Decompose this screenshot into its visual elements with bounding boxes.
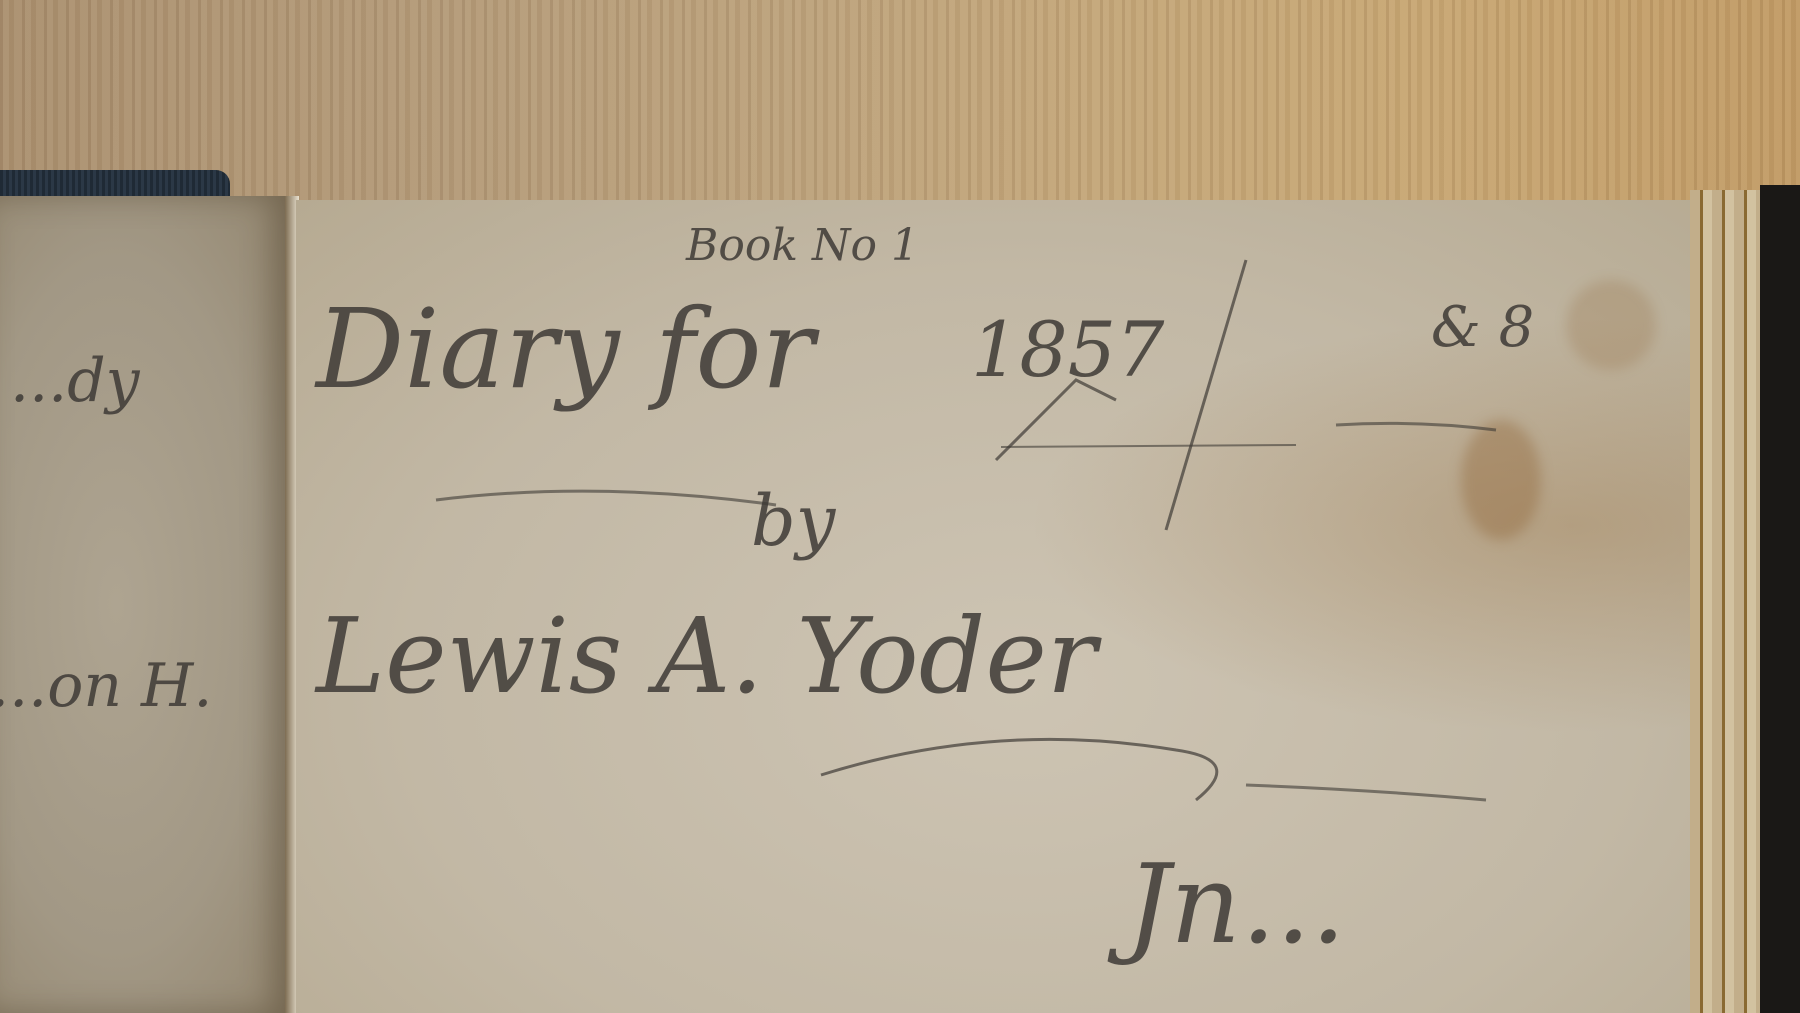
left-page-fragment-1: ...dy (10, 346, 140, 416)
left-page: ...dy ...on H. (0, 196, 290, 1013)
wooden-table-background (0, 0, 1800, 210)
page-edges (1690, 190, 1760, 1013)
right-page: Book No 1 Diary for 1857 & 8 by Lewis A.… (296, 200, 1746, 1013)
pencil-flourishes (296, 200, 1746, 1013)
left-page-fragment-2: ...on H. (0, 651, 212, 721)
book-spine-left (0, 170, 230, 196)
book-cover-right (1760, 185, 1800, 1013)
